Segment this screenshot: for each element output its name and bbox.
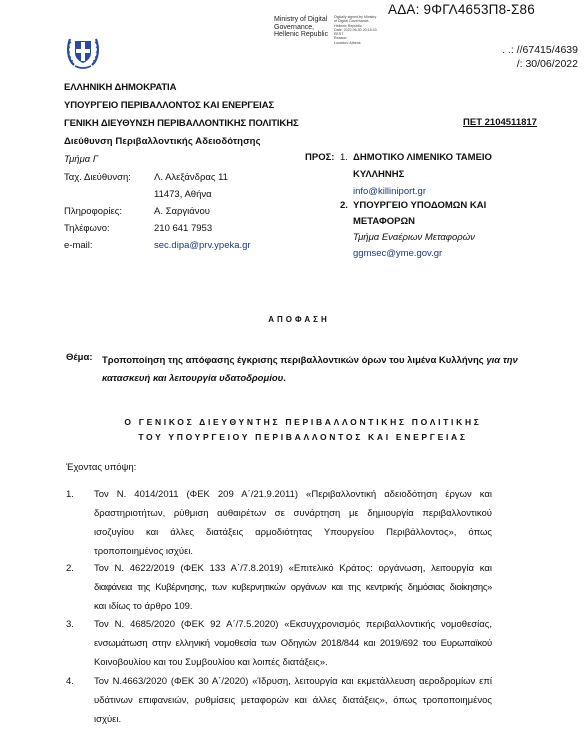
item-line: ενσωμάτωση στην ελληνική νομοθεσία των Ο… [94,634,492,653]
recipients-label: ΠΡΟΣ: [305,152,334,163]
sender-directorate: Διεύθυνση Περιβαλλοντικής Αδειοδότησης [64,136,261,147]
recipient-email-link[interactable]: ggmsec@yme.gov.gr [353,248,486,259]
considering-label: Έχοντας υπόψη: [66,462,136,473]
item-number: 3. [66,619,74,630]
contact-label-info: Πληροφορίες: [64,206,122,217]
contact-label-phone: Τηλέφωνο: [64,223,110,234]
protocol-date: /: 30/06/2022 [460,57,578,71]
item-line: ισοζυγίου και άλλες διατάξεις αρμοδιότητ… [94,523,492,542]
item-number: 2. [66,563,74,574]
subject-text-italic: για την [486,355,517,366]
item-number: 4. [66,676,74,687]
list-item: Τον Ν. 4622/2019 (ΦΕΚ 133 Α΄/7.8.2019) «… [94,559,492,616]
recipient-name-line: ΔΗΜΟΤΙΚΟ ΛΙΜΕΝΙΚΟ ΤΑΜΕΙΟ [353,152,492,163]
recipient-name-line: ΥΠΟΥΡΓΕΙΟ ΥΠΟΔΟΜΩΝ ΚΑΙ [353,200,486,211]
item-line: Κοινοβουλίου και του Συμβουλίου και λοιπ… [94,653,492,672]
sender-directorate-text: Διεύθυνση Περιβαλλοντικής Αδειοδότησης [64,136,261,147]
subject-text: Τροποποίηση της απόφασης έγκρισης περιβα… [102,352,552,388]
pet-code: ΠΕΤ 2104511817 [463,117,537,128]
item-line: δραστηριοτήτων, ρύθμιση αυθαιρέτων σε συ… [94,504,492,523]
recipient-2: ΥΠΟΥΡΓΕΙΟ ΥΠΟΔΟΜΩΝ ΚΑΙ ΜΕΤΑΦΟΡΩΝ Τμήμα Ε… [353,200,486,259]
subject-text-end: . [283,373,286,384]
item-line: υδάτινων επιφανειών, ρυθμίσεις μεταφορών… [94,691,492,710]
signer-line: Governance, [274,24,328,32]
ada-code: ΑΔΑ: 9ΦΓΛ4653Π8-Σ86 [388,2,535,17]
protocol-number: . .: //67415/4639 [460,43,578,57]
signature-detail-line: Location: Athens [334,41,377,45]
authority-line-2: ΤΟΥ ΥΠΟΥΡΓΕΙΟΥ ΠΕΡΙΒΑΛΛΟΝΤΟΣ ΚΑΙ ΕΝΕΡΓΕΙ… [0,432,586,442]
contact-value-info: Α. Σαργιάνου [154,206,210,217]
sender-country: ΕΛΛΗΝΙΚΗ ΔΗΜΟΚΡΑΤΙΑ [64,82,176,93]
signer-line: Ministry of Digital [274,16,328,24]
item-line: Τον Ν.4663/2020 (ΦΕΚ 30 Α΄/2020) «Ίδρυση… [94,672,492,691]
sender-ministry: ΥΠΟΥΡΓΕΙΟ ΠΕΡΙΒΑΛΛΟΝΤΟΣ ΚΑΙ ΕΝΕΡΓΕΙΑΣ [64,100,274,111]
sender-general-directorate: ΓΕΝΙΚΗ ΔΙΕΥΘΥΝΣΗ ΠΕΡΙΒΑΛΛΟΝΤΙΚΗΣ ΠΟΛΙΤΙΚ… [64,118,299,129]
coat-of-arms-icon [65,33,101,73]
signature-details: Digitally signed by Ministry of Digital … [334,15,377,45]
item-line: ισχύει. [94,710,492,729]
item-number: 1. [66,489,74,500]
contact-label-email: e-mail: [64,240,93,251]
contact-label-address: Ταχ. Διεύθυνση: [64,172,131,183]
sender-department: Τμήμα Γ [64,154,98,165]
contact-value-city: 11473, Αθήνα [154,189,212,200]
recipient-number: 1. [340,152,348,163]
signature-signer: Ministry of Digital Governance, Hellenic… [274,16,328,39]
list-item: Τον Ν.4663/2020 (ΦΕΚ 30 Α΄/2020) «Ίδρυση… [94,672,492,729]
item-line: διαφάνεια της Κυβέρνησης, των κυβερνητικ… [94,578,492,597]
recipient-email-link[interactable]: info@killiniport.gr [353,186,492,197]
list-item: Τον Ν. 4685/2020 (ΦΕΚ 92 Α΄/7.5.2020) «Ε… [94,615,492,672]
document-title: ΑΠΟΦΑΣΗ [0,315,586,324]
contact-email-link[interactable]: sec.dipa@prv.ypeka.gr [154,240,251,251]
item-line: Τον Ν. 4622/2019 (ΦΕΚ 133 Α΄/7.8.2019) «… [94,559,492,578]
signer-line: Hellenic Republic [274,31,328,39]
protocol-block: . .: //67415/4639 /: 30/06/2022 [460,43,578,71]
item-line: Τον Ν. 4014/2011 (ΦΕΚ 209 Α΄/21.9.2011) … [94,485,492,504]
recipient-name-line: ΜΕΤΑΦΟΡΩΝ [353,216,415,227]
authority-line-1: Ο ΓΕΝΙΚΟΣ ΔΙΕΥΘΥΝΤΗΣ ΠΕΡΙΒΑΛΛΟΝΤΙΚΗΣ ΠΟΛ… [0,417,586,427]
item-line: Τον Ν. 4685/2020 (ΦΕΚ 92 Α΄/7.5.2020) «Ε… [94,615,492,634]
recipient-name-line: ΚΥΛΛΗΝΗΣ [353,169,404,180]
contact-value-address: Λ. Αλεξάνδρας 11 [154,172,228,183]
recipient-subdepartment: Τμήμα Εναέριων Μεταφορών [353,232,486,248]
subject-label: Θέμα: [66,352,93,363]
contact-value-phone: 210 641 7953 [154,223,212,234]
recipient-1: ΔΗΜΟΤΙΚΟ ΛΙΜΕΝΙΚΟ ΤΑΜΕΙΟ ΚΥΛΛΗΝΗΣ info@k… [353,152,492,197]
list-item: Τον Ν. 4014/2011 (ΦΕΚ 209 Α΄/21.9.2011) … [94,485,492,561]
item-line: και ιδίως το άρθρο 109. [94,597,492,616]
subject-text-italic: κατασκευή και λειτουργία υδατοδρομίου [102,373,283,384]
recipient-number: 2. [340,200,348,211]
subject-text-part: Τροποποίηση της απόφασης έγκρισης περιβα… [102,355,486,366]
